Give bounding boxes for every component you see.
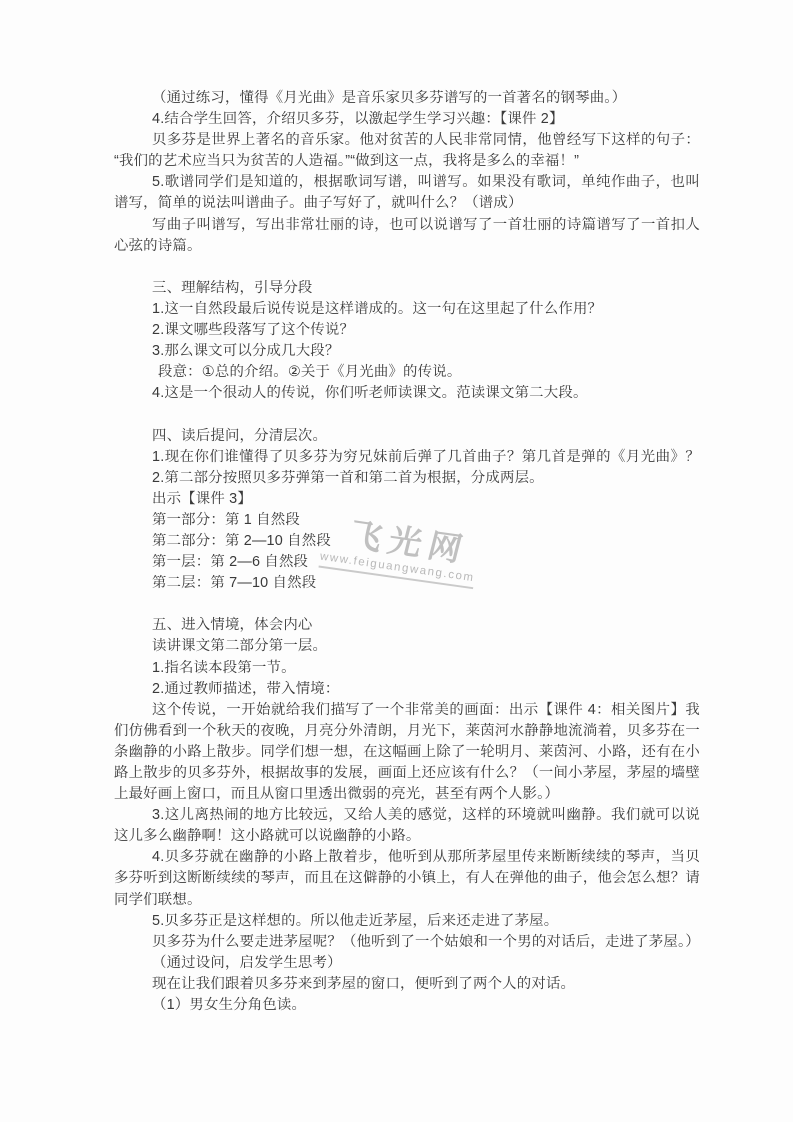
text-line: （通过设问，启发学生思考） <box>114 953 700 974</box>
text-line: 2.通过教师描述，带入情境： <box>114 679 700 700</box>
text-line: 读讲课文第二部分第一层。 <box>114 636 700 657</box>
text-line: 三、理解结构，引导分段 <box>114 278 700 299</box>
text-line: 1.这一自然段最后说传说是这样谱成的。这一句在这里起了什么作用？ <box>114 299 700 320</box>
text-line: “我们的艺术应当只为贫苦的人造福。”“做到这一点，我将是多么的幸福！” <box>114 151 700 172</box>
text-line: 心弦的诗篇。 <box>114 236 700 257</box>
text-line: 贝多芬为什么要走进茅屋呢？（他听到了一个姑娘和一个男的对话后，走进了茅屋。） <box>114 932 700 953</box>
document-page: （通过练习，懂得《月光曲》是音乐家贝多芬谱写的一首著名的钢琴曲。）4.结合学生回… <box>0 0 793 1122</box>
text-line: 四、读后提问，分清层次。 <box>114 426 700 447</box>
text-line: 2.课文哪些段落写了这个传说？ <box>114 320 700 341</box>
text-line: 4.结合学生回答，介绍贝多芬，以激起学生学习兴趣：【课件 2】 <box>114 109 700 130</box>
text-line: 3.这儿离热闹的地方比较远，又给人美的感觉，这样的环境就叫幽静。我们就可以说 <box>114 805 700 826</box>
text-line: 条幽静的小路上散步。同学们想一想，在这幅画上除了一轮明月、莱茵河、小路，还有在小 <box>114 742 700 763</box>
text-line: 第一部分：第 1 自然段 <box>114 510 700 531</box>
text-line: 4.贝多芬就在幽静的小路上散着步，他听到从那所茅屋里传来断断续续的琴声，当贝 <box>114 847 700 868</box>
blank-line <box>114 257 700 278</box>
text-line: 同学们联想。 <box>114 890 700 911</box>
text-line: 4.这是一个很动人的传说，你们听老师读课文。范读课文第二大段。 <box>114 383 700 404</box>
blank-line <box>114 404 700 425</box>
text-line: 第二层：第 7—10 自然段 <box>114 573 700 594</box>
text-line: 第二部分：第 2—10 自然段 <box>114 531 700 552</box>
text-line: 2.第二部分按照贝多芬弹第一首和第二首为根据，分成两层。 <box>114 468 700 489</box>
text-line: （通过练习，懂得《月光曲》是音乐家贝多芬谱写的一首著名的钢琴曲。） <box>114 88 700 109</box>
text-line: 1.指名读本段第一节。 <box>114 658 700 679</box>
text-line: 们仿佛看到一个秋天的夜晚，月亮分外清朗，月光下，莱茵河水静静地流淌着，贝多芬在一 <box>114 721 700 742</box>
text-line: 出示【课件 3】 <box>114 489 700 510</box>
text-line: 谱写，简单的说法叫谱曲子。曲子写好了，就叫什么？（谱成） <box>114 193 700 214</box>
text-line: 这儿多么幽静啊！这小路就可以说幽静的小路。 <box>114 826 700 847</box>
text-line: 5.歌谱同学们是知道的，根据歌词写谱，叫谱写。如果没有歌词，单纯作曲子，也叫 <box>114 172 700 193</box>
text-line: 五、进入情境，体会内心 <box>114 615 700 636</box>
text-line: 路上散步的贝多芬外，根据故事的发展，画面上还应该有什么？（一间小茅屋，茅屋的墙壁 <box>114 763 700 784</box>
text-line: 段意：①总的介绍。②关于《月光曲》的传说。 <box>114 362 700 383</box>
blank-line <box>114 594 700 615</box>
text-line: 这个传说，一开始就给我们描写了一个非常美的画面：出示【课件 4：相关图片】我 <box>114 700 700 721</box>
text-line: 写曲子叫谱写，写出非常壮丽的诗，也可以说谱写了一首壮丽的诗篇谱写了一首扣人 <box>114 215 700 236</box>
text-line: 1.现在你们谁懂得了贝多芬为穷兄妹前后弹了几首曲子？第几首是弹的《月光曲》？ <box>114 447 700 468</box>
text-line: 多芬听到这断断续续的琴声，而且在这僻静的小镇上，有人在弹他的曲子，他会怎么想？请 <box>114 868 700 889</box>
text-line: 5.贝多芬正是这样想的。所以他走近茅屋，后来还走进了茅屋。 <box>114 911 700 932</box>
text-line: 第一层：第 2—6 自然段 <box>114 552 700 573</box>
text-line: 贝多芬是世界上著名的音乐家。他对贫苦的人民非常同情，他曾经写下这样的句子： <box>114 130 700 151</box>
text-line: 现在让我们跟着贝多芬来到茅屋的窗口，便听到了两个人的对话。 <box>114 974 700 995</box>
text-line: （1）男女生分角色读。 <box>114 995 700 1016</box>
text-column: （通过练习，懂得《月光曲》是音乐家贝多芬谱写的一首著名的钢琴曲。）4.结合学生回… <box>114 88 700 1016</box>
text-line: 上最好画上窗口，而且从窗口里透出微弱的亮光，甚至有两个人影。） <box>114 784 700 805</box>
text-line: 3.那么课文可以分成几大段？ <box>114 341 700 362</box>
